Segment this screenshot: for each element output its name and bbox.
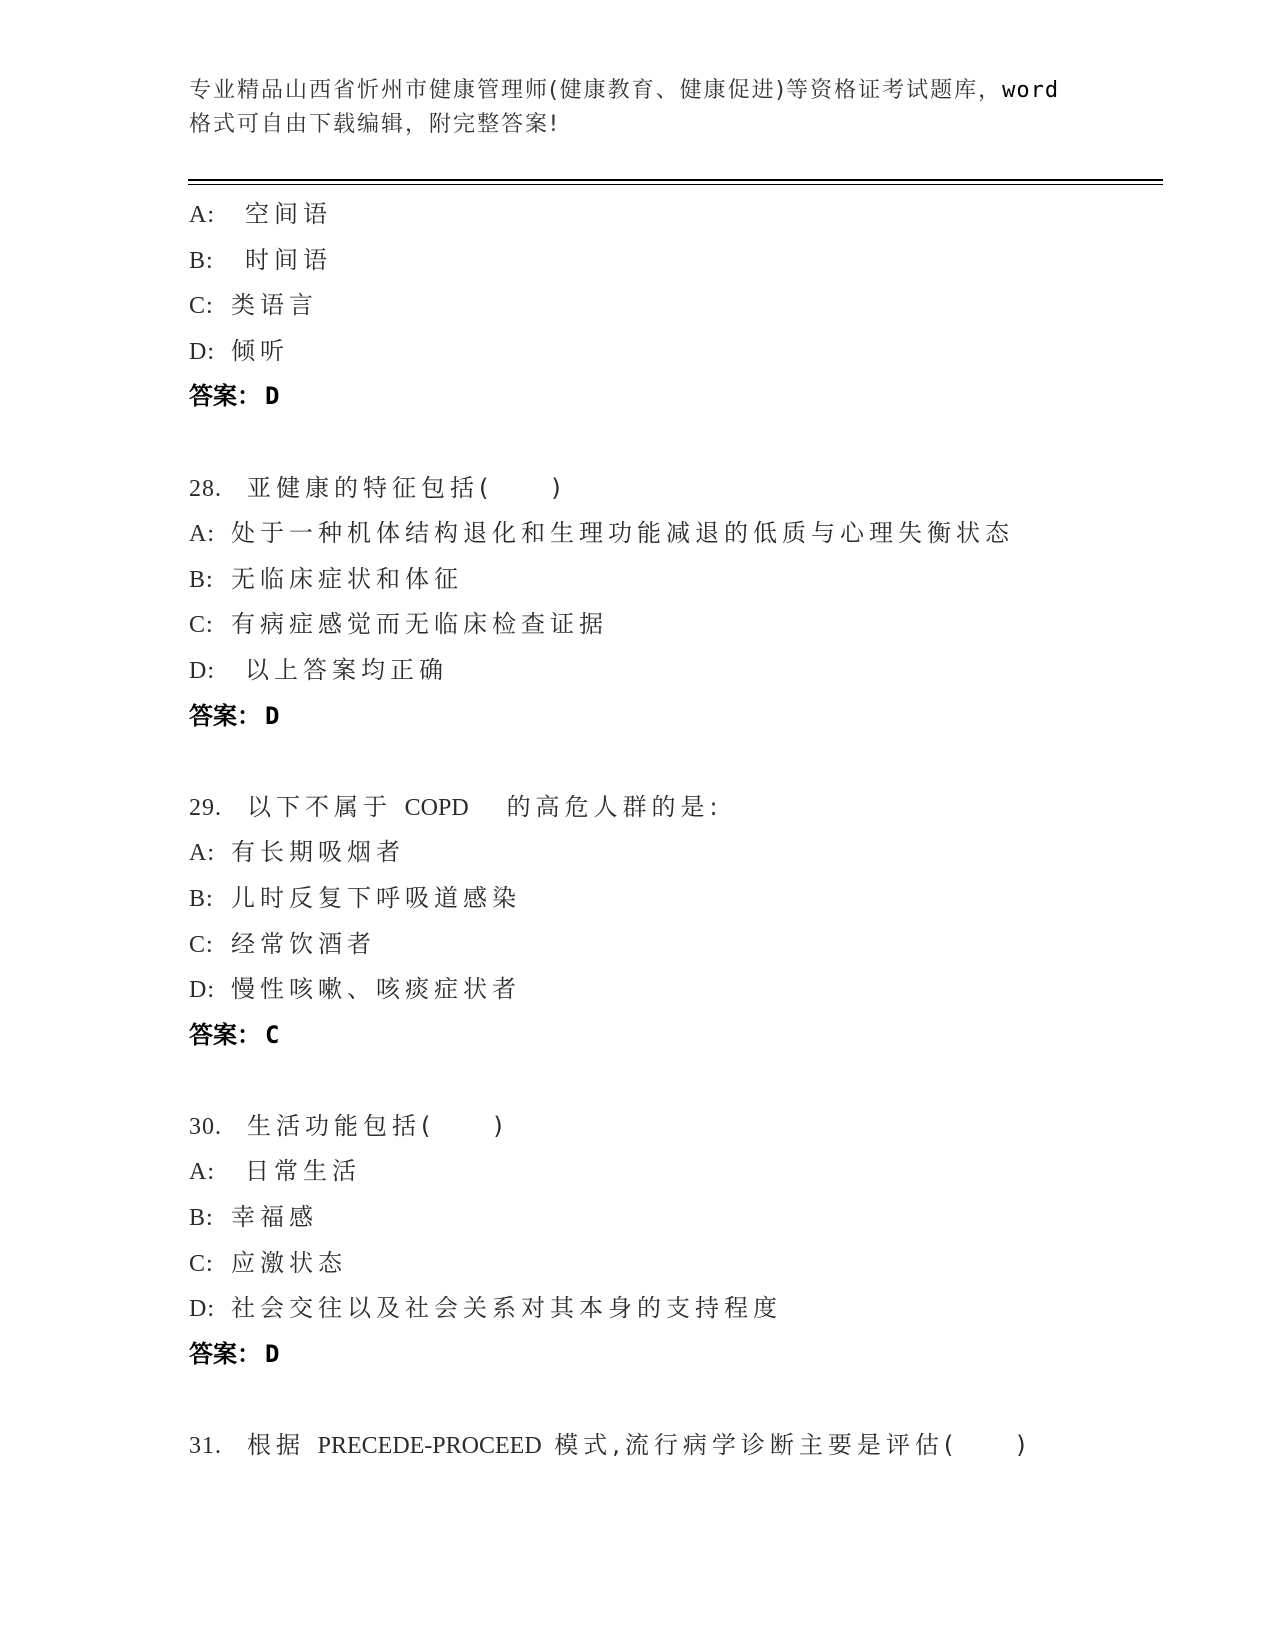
question-block-29: 29.以下不属于 COPD 的高危人群的是: A:有长期吸烟者 B:儿时反复下呼… xyxy=(189,785,1189,1104)
document-header: 专业精品山西省忻州市健康管理师(健康教育、健康促进)等资格证考试题库，word … xyxy=(189,74,1089,142)
option-text: 时间语 xyxy=(245,246,332,274)
header-title-text: 专业精品山西省忻州市健康管理师(健康教育、健康促进)等资格证考试题库， xyxy=(189,78,1002,103)
option-text: 类语言 xyxy=(231,291,318,319)
option-a: A:处于一种机体结构退化和生理功能减退的低质与心理失衡状态 xyxy=(189,511,1189,557)
option-label: C: xyxy=(189,923,231,969)
option-text: 日常生活 xyxy=(245,1157,361,1185)
option-text: 处于一种机体结构退化和生理功能减退的低质与心理失衡状态 xyxy=(231,519,1014,547)
answer-line: 答案：D xyxy=(189,694,1189,740)
question-stem: 29.以下不属于 COPD 的高危人群的是: xyxy=(189,785,1189,831)
option-label: B: xyxy=(189,558,231,604)
question-block-28: 28.亚健康的特征包括( ) A:处于一种机体结构退化和生理功能减退的低质与心理… xyxy=(189,466,1189,785)
question-term: COPD xyxy=(405,795,469,821)
option-c: C:经常饮酒者 xyxy=(189,922,1189,968)
option-label: C: xyxy=(189,1242,231,1288)
option-text: 社会交往以及社会关系对其本身的支持程度 xyxy=(231,1294,782,1322)
question-block-31: 31.根据 PRECEDE-PROCEED 模式,流行病学诊断主要是评估( ) xyxy=(189,1423,1189,1469)
answer-value: D xyxy=(265,702,279,730)
question-stem: 30.生活功能包括( ) xyxy=(189,1104,1189,1150)
header-rule-thin xyxy=(188,184,1163,185)
option-text: 有长期吸烟者 xyxy=(231,838,405,866)
answer-value: C xyxy=(265,1021,279,1049)
option-text: 空间语 xyxy=(245,200,332,228)
option-text: 无临床症状和体征 xyxy=(231,565,463,593)
answer-label: 答案： xyxy=(189,1340,261,1368)
question-number: 30. xyxy=(189,1105,247,1151)
option-b: B:无临床症状和体征 xyxy=(189,557,1189,603)
option-label: C: xyxy=(189,284,231,330)
answer-value: D xyxy=(265,382,279,410)
option-text: 幸福感 xyxy=(231,1203,318,1231)
option-label: C: xyxy=(189,603,231,649)
question-number: 28. xyxy=(189,467,247,513)
option-c: C:类语言 xyxy=(189,283,1189,329)
option-label: A: xyxy=(189,512,231,558)
question-block-27-continued: A:空间语 B:时间语 C:类语言 D:倾听 答案：D xyxy=(189,192,1189,466)
option-text: 慢性咳嗽、咳痰症状者 xyxy=(231,975,521,1003)
header-rule-thick xyxy=(188,179,1163,181)
option-b: B:幸福感 xyxy=(189,1195,1189,1241)
question-block-30: 30.生活功能包括( ) A:日常生活 B:幸福感 C:应激状态 D:社会交往以… xyxy=(189,1104,1189,1423)
header-format-word: word xyxy=(1002,78,1059,103)
option-text: 应激状态 xyxy=(231,1249,347,1277)
option-text: 经常饮酒者 xyxy=(231,930,376,958)
header-line-2: 格式可自由下载编辑，附完整答案! xyxy=(189,108,1089,142)
option-label: A: xyxy=(189,1150,231,1196)
option-label: B: xyxy=(189,877,231,923)
option-text: 以上答案均正确 xyxy=(245,656,448,684)
question-list: A:空间语 B:时间语 C:类语言 D:倾听 答案：D 28.亚健康的特征包括(… xyxy=(189,192,1189,1469)
option-d: D:慢性咳嗽、咳痰症状者 xyxy=(189,967,1189,1013)
option-label: A: xyxy=(189,831,231,877)
option-a: A:空间语 xyxy=(189,192,1189,238)
answer-value: D xyxy=(265,1340,279,1368)
question-number: 29. xyxy=(189,786,247,832)
option-b: B:时间语 xyxy=(189,238,1189,284)
option-d: D:倾听 xyxy=(189,329,1189,375)
option-c: C:应激状态 xyxy=(189,1241,1189,1287)
option-label: A: xyxy=(189,193,231,239)
option-a: A:日常生活 xyxy=(189,1149,1189,1195)
question-text: 亚健康的特征包括( ) xyxy=(247,474,566,502)
question-text-before: 根据 xyxy=(247,1431,305,1459)
answer-line: 答案：D xyxy=(189,374,1189,420)
option-label: B: xyxy=(189,239,231,285)
question-stem: 28.亚健康的特征包括( ) xyxy=(189,466,1189,512)
answer-line: 答案：C xyxy=(189,1013,1189,1059)
question-text-after: 的高危人群的是: xyxy=(507,793,723,821)
spacer xyxy=(189,739,1189,785)
answer-line: 答案：D xyxy=(189,1332,1189,1378)
spacer xyxy=(189,1058,1189,1104)
option-label: D: xyxy=(189,1287,231,1333)
answer-label: 答案： xyxy=(189,382,261,410)
option-text: 儿时反复下呼吸道感染 xyxy=(231,884,521,912)
answer-label: 答案： xyxy=(189,702,261,730)
question-text-after: 模式,流行病学诊断主要是评估( ) xyxy=(554,1431,1030,1459)
question-text: 生活功能包括( ) xyxy=(247,1112,508,1140)
option-d: D:以上答案均正确 xyxy=(189,648,1189,694)
spacer xyxy=(189,420,1189,466)
option-label: B: xyxy=(189,1196,231,1242)
spacer xyxy=(189,1377,1189,1423)
option-text: 有病症感觉而无临床检查证据 xyxy=(231,610,608,638)
header-line-1: 专业精品山西省忻州市健康管理师(健康教育、健康促进)等资格证考试题库，word xyxy=(189,74,1089,108)
option-a: A:有长期吸烟者 xyxy=(189,830,1189,876)
option-label: D: xyxy=(189,649,231,695)
question-text-before: 以下不属于 xyxy=(247,793,392,821)
option-label: D: xyxy=(189,330,231,376)
option-d: D:社会交往以及社会关系对其本身的支持程度 xyxy=(189,1286,1189,1332)
question-number: 31. xyxy=(189,1424,247,1470)
answer-label: 答案： xyxy=(189,1021,261,1049)
option-c: C:有病症感觉而无临床检查证据 xyxy=(189,602,1189,648)
question-stem: 31.根据 PRECEDE-PROCEED 模式,流行病学诊断主要是评估( ) xyxy=(189,1423,1189,1469)
option-text: 倾听 xyxy=(231,337,289,365)
option-label: D: xyxy=(189,968,231,1014)
question-term: PRECEDE-PROCEED xyxy=(318,1433,542,1459)
option-b: B:儿时反复下呼吸道感染 xyxy=(189,876,1189,922)
